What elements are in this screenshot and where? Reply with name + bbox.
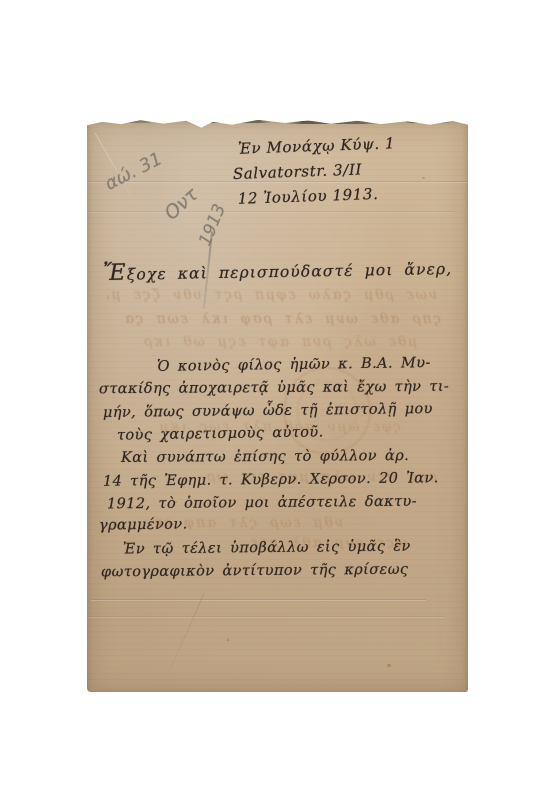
letter-body-line: στακίδης ἀποχαιρετᾷ ὑμᾶς καὶ ἔχω τὴν τι- (99, 379, 449, 397)
letter-body-line: τοὺς χαιρετισμοὺς αὐτοῦ. (117, 424, 324, 443)
foxing-speck (227, 639, 229, 641)
pencil-annotation-line2: Οντ (160, 183, 202, 224)
letter-body-line: Καὶ συνάπτω ἐπίσης τὸ φύλλον ἀρ. (121, 448, 409, 466)
letter-body-line: Ἐν τῷ τέλει ὑποβάλλω εἰς ὑμᾶς ἓν (123, 538, 411, 557)
letter-body-line: γραμμένον. (99, 516, 188, 533)
letter-body-line: 14 τῆς Ἐφημ. τ. Κυβερν. Χερσον. 20 Ἰαν. (103, 470, 439, 490)
torn-edge-streak (123, 120, 153, 123)
letter-body-line: φωτογραφικὸν ἀντίτυπον τῆς κρίσεως (101, 562, 409, 581)
paper-crease (91, 599, 426, 600)
scan-viewer: νωε ρθμ ςαλω εφμπ ρςτ υθν ζςε μλ ςπρ αθε… (0, 0, 549, 800)
pencil-annotation-line3: 1913 (195, 201, 230, 249)
letter-salutation: Ἔξοχε καὶ περισπούδαστέ μοι ἄνερ, (103, 254, 453, 286)
paper-crease-diagonal (159, 594, 205, 695)
foxing-speck (387, 664, 391, 667)
bleedthrough-text-line: νωε ρθμ ςαλω εφμπ ρςτ υθν ζςε μλ (107, 287, 437, 303)
letter-body-line: μήν, ὅπως συνάψω ὧδε τῇ ἐπιστολῇ μου (103, 401, 433, 421)
foxing-speck (422, 177, 425, 179)
pencil-annotation-line1: αώ. 31 (102, 148, 166, 195)
letter-date-line: 12 Ἰουλίου 1913. (237, 184, 395, 207)
paper-crease (87, 616, 445, 617)
bleedthrough-text-line: ςπρ αθε ωνμ ελτ ρσφ ικλ εωπ ςα (101, 311, 441, 327)
torn-edge-streak (285, 121, 381, 124)
letter-header: Ἐν Μονάχῳ Κύψ. 1 Salvatorstr. 3/ΙΙ 12 Ἰο… (238, 134, 398, 214)
letter-body-line: Ὁ κοινὸς φίλος ἡμῶν κ. Β.Α. Μυ- (157, 355, 431, 375)
foxing-speck (175, 501, 177, 503)
torn-edge-streak (205, 120, 271, 123)
letter-paper: νωε ρθμ ςαλω εφμπ ρςτ υθν ζςε μλ ςπρ αθε… (87, 119, 468, 692)
torn-edge-streak (405, 120, 451, 123)
letter-address-line: Salvatorstr. 3/ΙΙ (233, 159, 391, 182)
letter-body-line: 1912, τὸ ὁποῖον μοι ἀπέστειλε δακτυ- (107, 494, 417, 513)
bleedthrough-text-line: μθε ωλς ρνπ αφτ εςμ ωθ ικρ (117, 334, 417, 350)
letter-place-line: Ἐν Μονάχῳ Κύψ. 1 (238, 134, 396, 157)
